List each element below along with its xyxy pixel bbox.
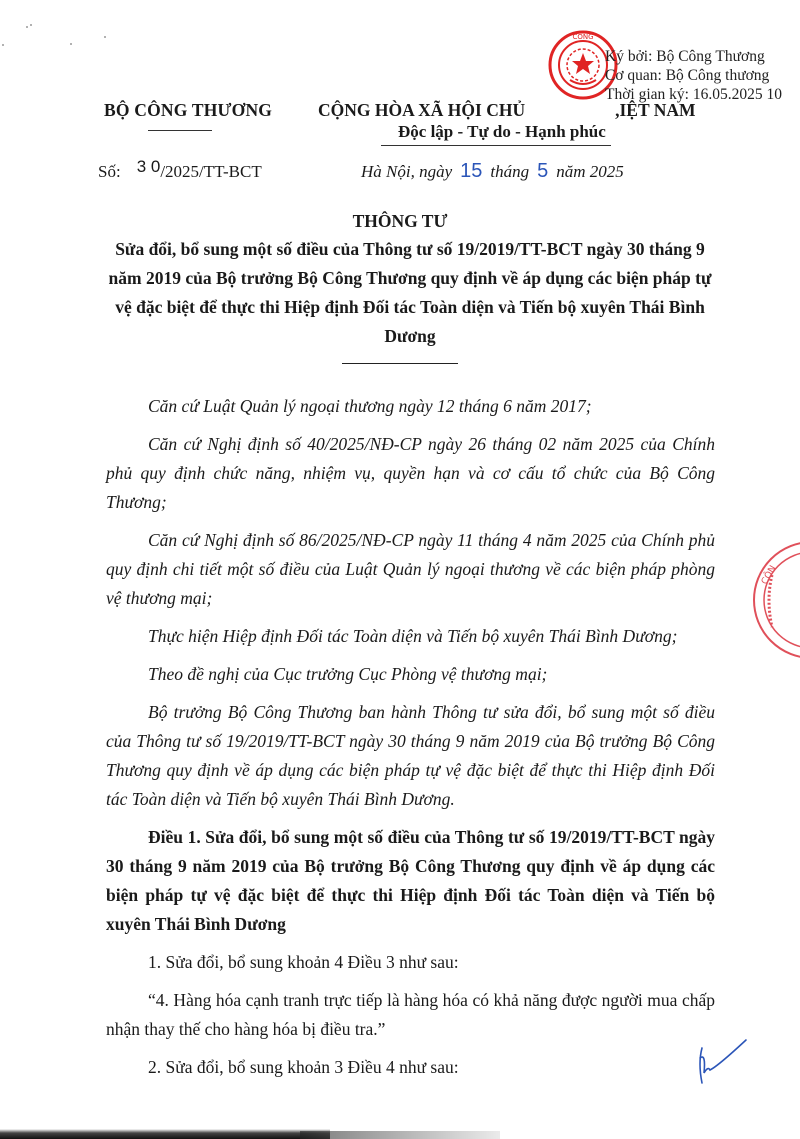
- legal-basis-5: Theo đề nghị của Cục trưởng Cục Phòng vệ…: [106, 660, 715, 689]
- article-1-heading: Điều 1. Sửa đổi, bổ sung một số điều của…: [106, 823, 715, 939]
- month-label: tháng: [490, 162, 529, 181]
- scan-speck: [26, 26, 28, 28]
- svg-text:CÔNG: CÔNG: [572, 32, 593, 41]
- legal-basis-1: Căn cứ Luật Quản lý ngoại thương ngày 12…: [106, 392, 715, 421]
- document-body: Căn cứ Luật Quản lý ngoại thương ngày 12…: [106, 392, 715, 1091]
- number-suffix: /2025/TT-BCT: [160, 162, 261, 181]
- signing-time: Thời gian ký: 16.05.2025 10: [605, 85, 782, 104]
- national-title-left: CỘNG HÒA XÃ HỘI CHỦ: [318, 100, 525, 120]
- scan-edge: [0, 1129, 330, 1139]
- title-divider: [342, 363, 458, 364]
- place-date-prefix: Hà Nội, ngày: [361, 162, 452, 181]
- legal-basis-4: Thực hiện Hiệp định Đối tác Toàn diện và…: [106, 622, 715, 651]
- digital-signature-info: Ký bởi: Bộ Công Thương Cơ quan: Bộ Công …: [605, 47, 782, 104]
- page-edge-seal-icon: CÔN: [750, 535, 800, 665]
- signed-by: Ký bởi: Bộ Công Thương: [605, 47, 782, 66]
- svg-text:CÔN: CÔN: [758, 563, 778, 586]
- clause-2: 2. Sửa đổi, bổ sung khoản 3 Điều 4 như s…: [106, 1053, 715, 1082]
- document-number: Số:3 0/2025/TT-BCT: [98, 162, 262, 182]
- promulgation-statement: Bộ trưởng Bộ Công Thương ban hành Thông …: [106, 698, 715, 814]
- handwritten-initials-icon: [688, 1028, 758, 1098]
- month-handwritten: 5: [537, 160, 548, 182]
- scan-speck: [30, 24, 32, 26]
- number-handwritten: 3 0: [137, 157, 161, 176]
- day-handwritten: 15: [460, 160, 482, 182]
- document-subtitle: Sửa đổi, bổ sung một số điều của Thông t…: [100, 235, 720, 351]
- clause-1: 1. Sửa đổi, bổ sung khoản 4 Điều 3 như s…: [106, 948, 715, 977]
- scan-speck: [70, 43, 72, 45]
- scan-edge-fade: [300, 1131, 500, 1139]
- signing-agency: Cơ quan: Bộ Công thương: [605, 66, 782, 85]
- scan-speck: [104, 36, 106, 38]
- year-text: năm 2025: [556, 162, 624, 181]
- issuing-ministry: BỘ CÔNG THƯƠNG: [104, 100, 272, 121]
- place-date: Hà Nội, ngày15tháng5năm 2025: [361, 160, 624, 183]
- motto-underline: [381, 145, 611, 146]
- scan-speck: [2, 44, 4, 46]
- clause-1-content: “4. Hàng hóa cạnh tranh trực tiếp là hàn…: [106, 986, 715, 1044]
- document-type: THÔNG TƯ: [0, 211, 800, 232]
- legal-basis-3: Căn cứ Nghị định số 86/2025/NĐ-CP ngày 1…: [106, 526, 715, 613]
- ministry-underline: [148, 130, 212, 131]
- legal-basis-2: Căn cứ Nghị định số 40/2025/NĐ-CP ngày 2…: [106, 430, 715, 517]
- number-label: Số:: [98, 162, 121, 181]
- national-motto: Độc lập - Tự do - Hạnh phúc: [398, 122, 606, 142]
